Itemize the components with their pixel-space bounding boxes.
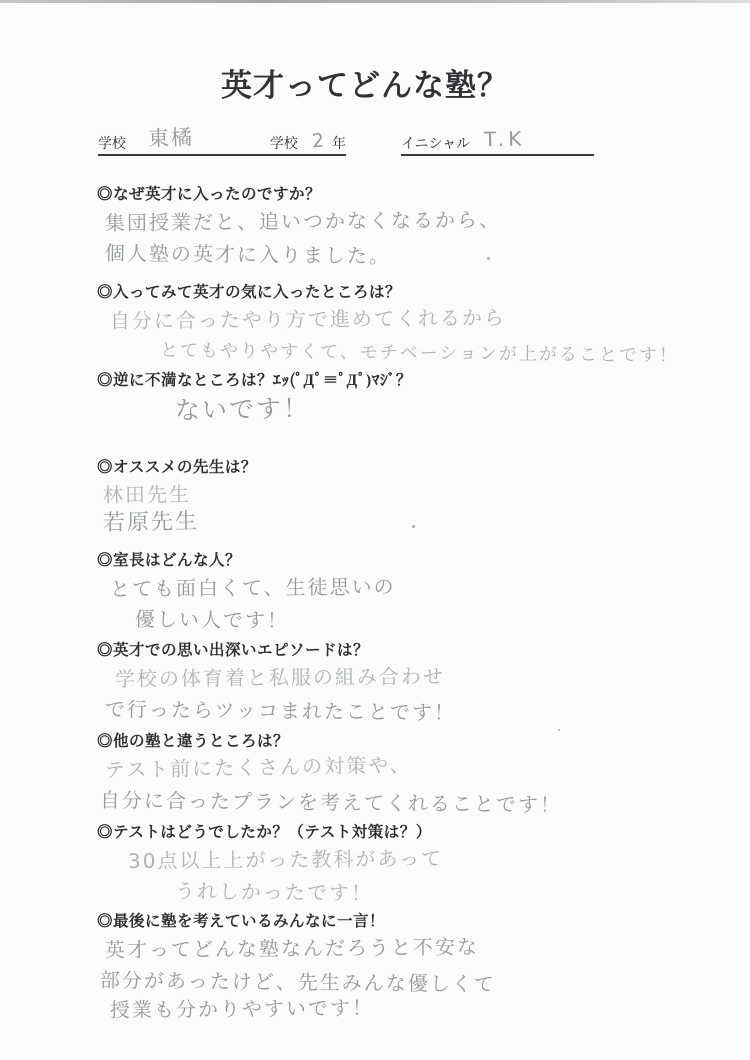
question-text: ◎英才での思い出深いエピソードは？ bbox=[97, 641, 677, 661]
question-block-memorable-episode: ◎英才での思い出深いエピソードは？ 学校の体育着と私服の組み合わせ で行ったらツ… bbox=[97, 641, 677, 724]
question-text: ◎入ってみて英才の気に入ったところは？ bbox=[97, 283, 677, 303]
question-text: ◎最後に塾を考えているみんなに一言！ bbox=[97, 912, 677, 932]
question-block-complaints: ◎逆に不満なところは？ｴｯ(ﾟДﾟ≡ﾟДﾟ)ﾏｼﾞ？ ないです！ bbox=[97, 371, 677, 428]
school-value-handwritten: 東橘 bbox=[147, 121, 194, 153]
question-text: ◎テストはどうでしたか？（テスト対策は？） bbox=[97, 823, 677, 843]
initial-value-handwritten: T.K bbox=[484, 127, 526, 152]
answer-area: とても面白くて、生徒思いの 優しい人です！ bbox=[97, 574, 677, 634]
scan-speck bbox=[558, 729, 560, 731]
answer-line: 自分に合ったプランを考えてくれることです！ bbox=[100, 785, 677, 821]
answer-area: 林田先生 若原先生 bbox=[97, 481, 677, 539]
question-text: ◎オススメの先生は？ bbox=[97, 458, 677, 478]
answer-line: 集団授業だと、追いつかなくなるから、 bbox=[105, 203, 677, 238]
grade-unit-label: 年 bbox=[332, 133, 346, 154]
question-text: ◎室長はどんな人？ bbox=[97, 551, 677, 571]
question-block-liked-points: ◎入ってみて英才の気に入ったところは？ 自分に合ったやり方で進めてくれるから と… bbox=[97, 283, 677, 366]
answer-line: とても面白くて、生徒思いの bbox=[110, 569, 677, 604]
answer-area: 学校の体育着と私服の組み合わせ で行ったらツッコまれたことです！ bbox=[97, 664, 677, 724]
answer-area: 自分に合ったやり方で進めてくれるから とてもやりやすくて、モチベーションが上がる… bbox=[97, 306, 677, 366]
answer-area: 集団授業だと、追いつかなくなるから、 個人塾の英才に入りました。 bbox=[97, 208, 677, 268]
grade-value-handwritten: 2 bbox=[311, 130, 327, 153]
initial-label: イニシャル bbox=[401, 133, 470, 154]
question-block-room-manager: ◎室長はどんな人？ とても面白くて、生徒思いの 優しい人です！ bbox=[97, 551, 677, 634]
answer-area: テスト前にたくさんの対策や、 自分に合ったプランを考えてくれることです！ bbox=[97, 755, 677, 815]
question-block-test-results: ◎テストはどうでしたか？（テスト対策は？） 30点以上上がった教科があって うれ… bbox=[97, 823, 677, 906]
answer-line: 30点以上上がった教科があって bbox=[128, 841, 677, 876]
scan-speck bbox=[487, 257, 490, 260]
answer-line: 英才ってどんな塾なんだろうと不安な bbox=[105, 930, 677, 965]
answer-line: 授業も分かりやすいです！ bbox=[110, 990, 677, 1025]
answer-line: とてもやりやすくて、モチベーションが上がることです！ bbox=[160, 336, 677, 371]
answer-line: 自分に合ったやり方で進めてくれるから bbox=[110, 301, 677, 336]
answer-line: 学校の体育着と私服の組み合わせ bbox=[115, 659, 677, 694]
answer-area: ないです！ bbox=[97, 394, 677, 428]
school-label: 学校 bbox=[98, 133, 126, 154]
form-header: 学校 東橘 学校 2 年 イニシャル T.K bbox=[98, 128, 658, 156]
question-block-why-joined: ◎なぜ英才に入ったのですか？ 集団授業だと、追いつかなくなるから、 個人塾の英才… bbox=[97, 185, 677, 268]
answer-line: 個人塾の英才に入りました。 bbox=[105, 238, 677, 274]
scanner-edge-artifact bbox=[0, 0, 750, 3]
question-block-final-message: ◎最後に塾を考えているみんなに一言！ 英才ってどんな塾なんだろうと不安な 部分が… bbox=[97, 912, 677, 1025]
initial-field: イニシャル T.K bbox=[401, 127, 594, 156]
answer-line: うれしかったです！ bbox=[175, 876, 677, 911]
question-block-recommended-teachers: ◎オススメの先生は？ 林田先生 若原先生 bbox=[97, 458, 677, 539]
answer-line: 優しい人です！ bbox=[135, 604, 677, 640]
form-title: 英才ってどんな塾？ bbox=[0, 60, 730, 105]
grade-label: 学校 bbox=[270, 133, 298, 154]
answer-line: で行ったらツッコまれたことです！ bbox=[105, 694, 677, 730]
answer-line: ないです！ bbox=[175, 385, 678, 428]
school-grade-field: 学校 東橘 学校 2 年 bbox=[98, 122, 346, 156]
question-block-difference-from-others: ◎他の塾と違うところは？ テスト前にたくさんの対策や、 自分に合ったプランを考え… bbox=[97, 732, 677, 815]
answer-area: 英才ってどんな塾なんだろうと不安な 部分があったけど、先生みんな優しくて 授業も… bbox=[97, 935, 677, 1025]
answer-area: 30点以上上がった教科があって うれしかったです！ bbox=[97, 846, 677, 906]
scan-speck bbox=[412, 525, 415, 528]
question-text: ◎なぜ英才に入ったのですか？ bbox=[97, 185, 677, 205]
